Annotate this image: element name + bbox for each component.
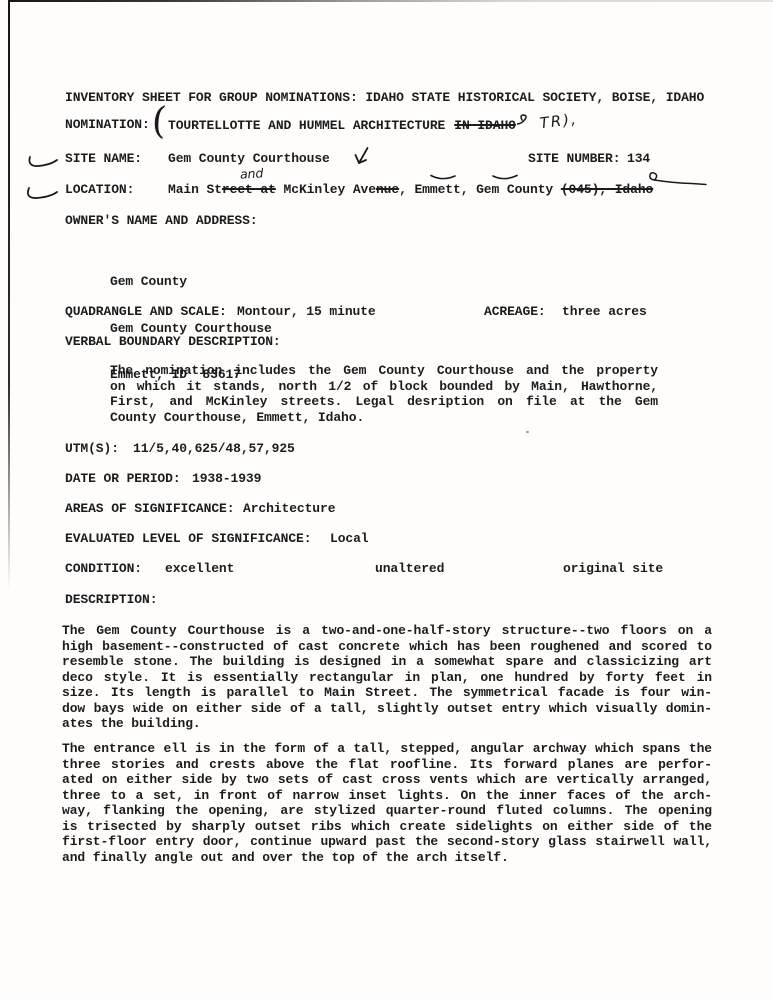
description-line: resemble stone. The building is designed… <box>62 654 712 670</box>
site-check-arrow-icon <box>352 145 372 168</box>
dele-loop-icon <box>517 114 531 126</box>
handwritten-and: and <box>240 165 264 181</box>
evaluated-level-label: EVALUATED LEVEL OF SIGNIFICANCE: <box>65 531 311 546</box>
description-line: first-floor entry door, continue upward … <box>62 834 712 850</box>
breve-mark-icon <box>492 173 518 182</box>
location-struck-reet-at: reet at <box>222 182 276 197</box>
condition-row: CONDITION: excellent unaltered original … <box>0 561 773 578</box>
verbal-boundary-label: VERBAL BOUNDARY DESCRIPTION: <box>65 334 281 349</box>
site-name-row: SITE NAME: Gem County Courthouse SITE NU… <box>0 151 773 168</box>
description-line: three stories and crests above the flat … <box>62 757 712 773</box>
acreage-label: ACREAGE: <box>484 304 546 319</box>
description-line: high basement--constructed of cast concr… <box>62 639 712 655</box>
boundary-line: First, and McKinley streets. Legal desri… <box>110 394 658 410</box>
description-line: and finally angle out and over the top o… <box>62 850 712 866</box>
quadrangle-label: QUADRANGLE AND SCALE: <box>65 304 227 319</box>
description-row: DESCRIPTION: <box>0 592 773 609</box>
description-paragraph-1: The Gem County Courthouse is a two-and-o… <box>62 623 712 732</box>
site-name-value: Gem County Courthouse <box>168 151 330 166</box>
verbal-boundary-row: VERBAL BOUNDARY DESCRIPTION: <box>0 334 773 351</box>
boundary-line: County Courthouse, Emmett, Idaho. <box>110 410 658 426</box>
condition-label: CONDITION: <box>65 561 142 576</box>
boundary-line: The nomination includes the Gem County C… <box>110 363 658 379</box>
description-line: size. Its length is parallel to Main Str… <box>62 685 712 701</box>
location-label: LOCATION: <box>65 182 134 197</box>
boundary-line: on which it stands, north 1/2 of block b… <box>110 379 658 395</box>
acreage-value: three acres <box>562 304 647 319</box>
location-part1: Main St <box>168 182 222 197</box>
date-period-label: DATE OR PERIOD: <box>65 471 181 486</box>
owner-address-line: Gem County <box>110 274 272 290</box>
description-line: is trisected by sharply outset ribs whic… <box>62 819 712 835</box>
nomination-struck-text: IN IDAHO <box>454 118 516 133</box>
location-struck-nue: nue <box>376 182 399 197</box>
date-period-row: DATE OR PERIOD: 1938-1939 <box>0 471 773 488</box>
stray-mark <box>526 431 529 433</box>
location-part3: , Emmett, Gem County <box>399 182 561 197</box>
areas-significance-value: Architecture <box>243 501 335 516</box>
strike-tail-dele-icon <box>648 171 718 187</box>
evaluated-level-row: EVALUATED LEVEL OF SIGNIFICANCE: Local <box>0 531 773 548</box>
nomination-value: TOURTELLOTTE AND HUMMEL ARCHITECTURE <box>168 118 445 133</box>
evaluated-level-value: Local <box>330 531 369 546</box>
quadrangle-value: Montour, 15 minute <box>237 304 376 319</box>
location-value-group: Main Street at McKinley Avenue, Emmett, … <box>168 182 653 197</box>
utm-value: 11/5,40,625/48,57,925 <box>133 441 295 456</box>
quadrangle-row: QUADRANGLE AND SCALE: Montour, 15 minute… <box>0 304 773 321</box>
nomination-row: NOMINATION: TOURTELLOTTE AND HUMMEL ARCH… <box>0 117 773 134</box>
nomination-value-group: TOURTELLOTTE AND HUMMEL ARCHITECTUREIN I… <box>168 117 578 133</box>
site-number-label: SITE NUMBER: <box>528 151 620 166</box>
description-line: way, flanking the opening, are stylized … <box>62 803 712 819</box>
condition-value-unaltered: unaltered <box>375 561 444 576</box>
description-line: three to a set, in front of narrow inset… <box>62 788 712 804</box>
date-period-value: 1938-1939 <box>192 471 261 486</box>
owner-label: OWNER'S NAME AND ADDRESS: <box>65 213 258 228</box>
utm-label: UTM(S): <box>65 441 119 456</box>
location-part2: McKinley Ave <box>276 182 376 197</box>
description-line: ates the building. <box>62 716 712 732</box>
location-struck-county-code: (045), Idaho <box>561 182 653 197</box>
description-paragraph-2: The entrance ell is in the form of a tal… <box>62 741 712 865</box>
areas-significance-label: AREAS OF SIGNIFICANCE: <box>65 501 234 516</box>
description-line: The entrance ell is in the form of a tal… <box>62 741 712 757</box>
scan-top-edge <box>8 0 773 2</box>
utm-row: UTM(S): 11/5,40,625/48,57,925 <box>0 441 773 458</box>
description-line: ated on either side by two sets of cast … <box>62 772 712 788</box>
description-line: deco style. It is essentially rectangula… <box>62 670 712 686</box>
description-line: The Gem County Courthouse is a two-and-o… <box>62 623 712 639</box>
owner-row: OWNER'S NAME AND ADDRESS: <box>0 213 773 230</box>
header-row: INVENTORY SHEET FOR GROUP NOMINATIONS: I… <box>0 90 773 107</box>
condition-value-original-site: original site <box>563 561 663 576</box>
breve-mark-icon <box>430 173 456 182</box>
description-label: DESCRIPTION: <box>65 592 157 607</box>
areas-significance-row: AREAS OF SIGNIFICANCE: Architecture <box>0 501 773 518</box>
scanned-inventory-sheet: INVENTORY SHEET FOR GROUP NOMINATIONS: I… <box>0 0 773 1000</box>
condition-value-excellent: excellent <box>165 561 234 576</box>
site-number-value: 134 <box>627 151 650 166</box>
verbal-boundary-text: The nomination includes the Gem County C… <box>110 363 658 425</box>
site-name-label: SITE NAME: <box>65 151 142 166</box>
nomination-label: NOMINATION: <box>65 117 150 132</box>
handwritten-tr-note: TR), <box>539 112 579 132</box>
description-line: dow bays wide on either side of a tall, … <box>62 701 712 717</box>
